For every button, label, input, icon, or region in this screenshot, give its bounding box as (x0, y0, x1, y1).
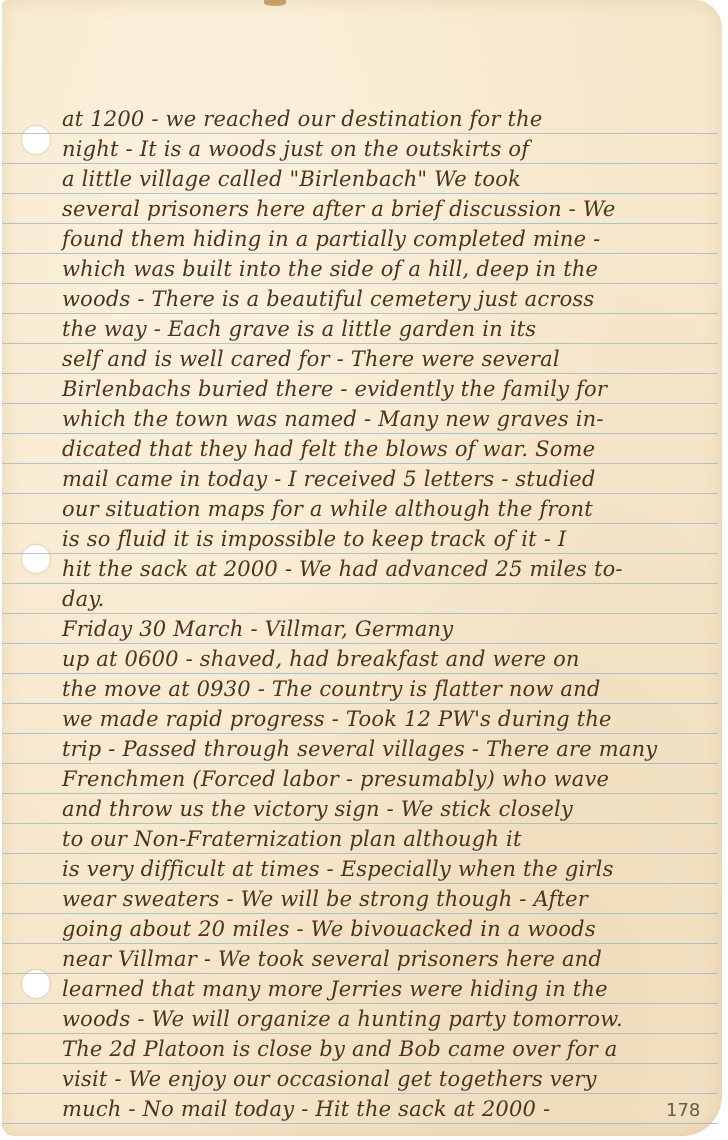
rule-line (2, 823, 718, 824)
diary-line: is so fluid it is impossible to keep tra… (62, 526, 566, 552)
diary-line: we made rapid progress - Took 12 PW's du… (62, 706, 612, 732)
diary-line: dicated that they had felt the blows of … (62, 436, 595, 462)
rule-line (2, 493, 718, 494)
diary-line: woods - We will organize a hunting party… (62, 1006, 623, 1032)
punch-hole-middle (22, 545, 50, 573)
rule-line (2, 343, 718, 344)
rule-line (2, 193, 718, 194)
diary-line: at 1200 - we reached our destination for… (62, 106, 542, 132)
punch-hole-bottom (22, 970, 50, 998)
rule-line (2, 253, 718, 254)
page-number: 178 (666, 1100, 700, 1121)
diary-line: The 2d Platoon is close by and Bob came … (62, 1036, 618, 1062)
diary-line: which the town was named - Many new grav… (62, 406, 604, 432)
rule-line (2, 613, 718, 614)
diary-line: the way - Each grave is a little garden … (62, 316, 536, 342)
diary-line: the move at 0930 - The country is flatte… (62, 676, 601, 702)
diary-line: mail came in today - I received 5 letter… (62, 466, 596, 492)
diary-line: Birlenbachs buried there - evidently the… (62, 376, 607, 402)
diary-line: going about 20 miles - We bivouacked in … (62, 916, 596, 942)
diary-line: which was built into the side of a hill,… (62, 256, 598, 282)
diary-line: much - No mail today - Hit the sack at 2… (62, 1096, 550, 1122)
rule-line (2, 703, 718, 704)
rule-line (2, 1033, 718, 1034)
rule-line (2, 763, 718, 764)
diary-line: found them hiding in a partially complet… (62, 226, 600, 252)
rule-line (2, 133, 718, 134)
rule-line (2, 913, 718, 914)
diary-line: Friday 30 March - Villmar, Germany (62, 616, 453, 642)
rule-line (2, 853, 718, 854)
rule-line (2, 463, 718, 464)
rule-line (2, 163, 718, 164)
rule-line (2, 1093, 718, 1094)
diary-line: near Villmar - We took several prisoners… (62, 946, 602, 972)
rule-line (2, 1003, 718, 1004)
rule-line (2, 283, 718, 284)
diary-line: and throw us the victory sign - We stick… (62, 796, 573, 822)
rule-line (2, 223, 718, 224)
diary-line: night - It is a woods just on the outski… (62, 136, 529, 162)
rule-line (2, 1063, 718, 1064)
rule-line (2, 583, 718, 584)
diary-line: is very difficult at times - Especially … (62, 856, 614, 882)
rule-line (2, 313, 718, 314)
rule-line (2, 1123, 718, 1124)
paper-stain (264, 0, 286, 6)
punch-hole-top (22, 126, 50, 154)
rule-line (2, 523, 718, 524)
rule-line (2, 643, 718, 644)
diary-line: hit the sack at 2000 - We had advanced 2… (62, 556, 623, 582)
diary-line: wear sweaters - We will be strong though… (62, 886, 588, 912)
rule-line (2, 883, 718, 884)
diary-line: day. (62, 586, 105, 612)
notebook-page: at 1200 - we reached our destination for… (2, 0, 722, 1136)
diary-line: Frenchmen (Forced labor - presumably) wh… (62, 766, 609, 792)
rule-line (2, 373, 718, 374)
diary-line: trip - Passed through several villages -… (62, 736, 657, 762)
rule-line (2, 553, 718, 554)
diary-line: several prisoners here after a brief dis… (62, 196, 616, 222)
rule-line (2, 433, 718, 434)
diary-line: our situation maps for a while although … (62, 496, 593, 522)
rule-line (2, 403, 718, 404)
diary-line: self and is well cared for - There were … (62, 346, 560, 372)
diary-line: woods - There is a beautiful cemetery ju… (62, 286, 594, 312)
diary-line: visit - We enjoy our occasional get toge… (62, 1066, 597, 1092)
diary-line: learned that many more Jerries were hidi… (62, 976, 608, 1002)
rule-line (2, 973, 718, 974)
diary-line: a little village called "Birlenbach" We … (62, 166, 521, 192)
rule-line (2, 733, 718, 734)
rule-line (2, 943, 718, 944)
rule-line (2, 793, 718, 794)
rule-line (2, 673, 718, 674)
diary-line: up at 0600 - shaved, had breakfast and w… (62, 646, 580, 672)
diary-line: to our Non-Fraternization plan although … (62, 826, 522, 852)
